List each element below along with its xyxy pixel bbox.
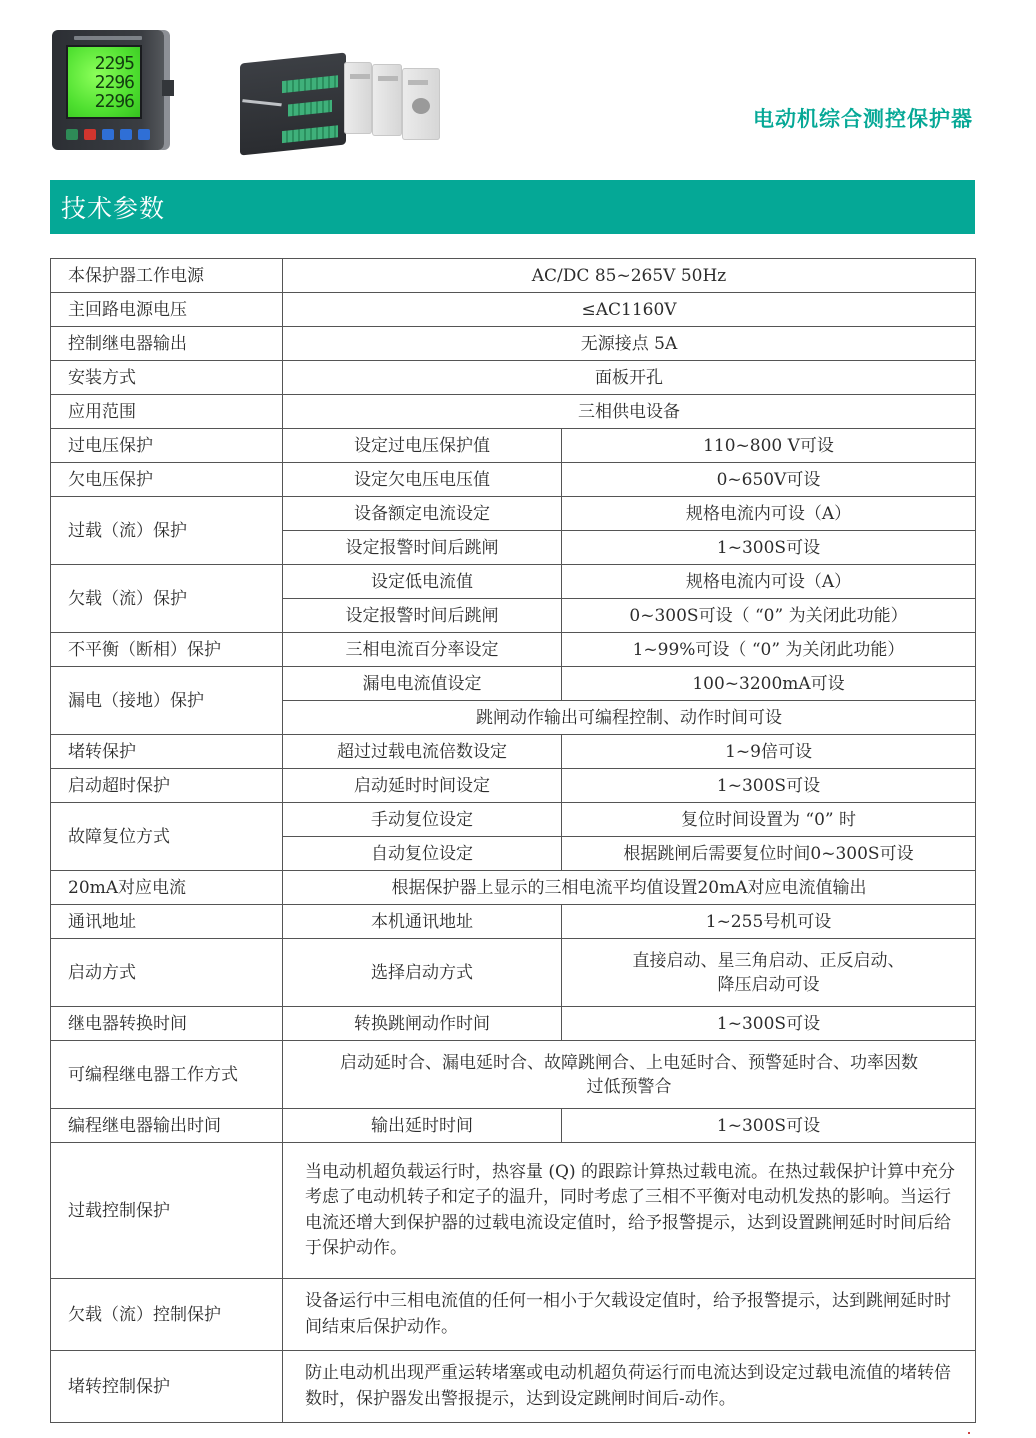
device-front-image: 2295 2296 2296 [52,30,164,150]
param-setting: 设定欠电压电压值 [283,463,562,497]
param-name: 堵转保护 [51,735,283,769]
mounting-rod [242,99,282,106]
terminal-block-3 [282,125,338,143]
product-title: 电动机综合测控保护器 [753,103,973,133]
table-row: 不平衡（断相）保护 三相电流百分率设定 1~99%可设（ “0” 为关闭此功能） [51,633,976,667]
param-setting: 输出延时时间 [283,1109,562,1143]
param-value: 1~9倍可设 [562,735,976,769]
param-value: 面板开孔 [283,361,976,395]
table-row: 启动超时保护 启动延时时间设定 1~300S可设 [51,769,976,803]
param-setting: 选择启动方式 [283,939,562,1007]
ct-hole [412,98,430,114]
table-row: 20mA对应电流 根据保护器上显示的三相电流平均值设置20mA对应电流值输出 [51,871,976,905]
spec-table: 本保护器工作电源 AC/DC 85~265V 50Hz 主回路电源电压 ≤AC1… [50,258,976,1423]
current-transformer-2 [372,64,402,136]
page-mark [968,1432,970,1434]
param-name: 应用范围 [51,395,283,429]
param-name: 主回路电源电压 [51,293,283,327]
table-row: 可编程继电器工作方式 启动延时合、漏电延时合、故障跳闸合、上电延时合、预警延时合… [51,1041,976,1109]
param-name: 故障复位方式 [51,803,283,871]
param-setting: 三相电流百分率设定 [283,633,562,667]
device-button-1 [66,129,78,140]
terminal-block-1 [282,75,338,93]
param-value: 1~300S可设 [562,1007,976,1041]
param-merged-value: 根据保护器上显示的三相电流平均值设置20mA对应电流值输出 [283,871,976,905]
param-name: 过载（流）保护 [51,497,283,565]
table-row: 堵转控制保护 防止电动机出现严重运转堵塞或电动机超负荷运行而电流达到设定过载电流… [51,1351,976,1423]
param-name: 不平衡（断相）保护 [51,633,283,667]
device-buttons [66,129,150,140]
param-value: 110~800 V可设 [562,429,976,463]
param-setting: 本机通讯地址 [283,905,562,939]
value-line: 启动延时合、漏电延时合、故障跳闸合、上电延时合、预警延时合、功率因数 [289,1051,969,1075]
table-row: 应用范围 三相供电设备 [51,395,976,429]
table-row: 过载（流）保护 设备额定电流设定 规格电流内可设（A） [51,497,976,531]
table-row: 通讯地址 本机通讯地址 1~255号机可设 [51,905,976,939]
param-name: 欠电压保护 [51,463,283,497]
section-header: 技术参数 [50,180,975,234]
lcd-display: 2295 2296 2296 [66,45,142,119]
param-name: 启动超时保护 [51,769,283,803]
param-value: 根据跳闸后需要复位时间0~300S可设 [562,837,976,871]
param-name: 启动方式 [51,939,283,1007]
param-value: 三相供电设备 [283,395,976,429]
table-row: 继电器转换时间 转换跳闸动作时间 1~300S可设 [51,1007,976,1041]
table-row: 故障复位方式 手动复位设定 复位时间设置为 “0” 时 [51,803,976,837]
param-name: 堵转控制保护 [51,1351,283,1423]
table-row: 欠电压保护 设定欠电压电压值 0~650V可设 [51,463,976,497]
ct-label [408,80,428,85]
param-value: 1~300S可设 [562,1109,976,1143]
section-title: 技术参数 [61,189,165,225]
param-setting: 漏电电流值设定 [283,667,562,701]
value-line: 过低预警合 [289,1075,969,1099]
table-row: 启动方式 选择启动方式 直接启动、星三角启动、正反启动、 降压启动可设 [51,939,976,1007]
device-button-5 [138,129,150,140]
param-setting: 转换跳闸动作时间 [283,1007,562,1041]
table-row: 安装方式 面板开孔 [51,361,976,395]
param-description: 防止电动机出现严重运转堵塞或电动机超负荷运行而电流达到设定过载电流值的堵转倍数时… [283,1351,976,1423]
param-setting: 自动复位设定 [283,837,562,871]
ct-label [378,76,398,81]
param-merged-value: 启动延时合、漏电延时合、故障跳闸合、上电延时合、预警延时合、功率因数 过低预警合 [283,1041,976,1109]
param-setting: 手动复位设定 [283,803,562,837]
param-value: 规格电流内可设（A） [562,497,976,531]
param-setting: 超过过载电流倍数设定 [283,735,562,769]
device-button-4 [120,129,132,140]
param-value: ≤AC1160V [283,293,976,327]
param-merged-value: 跳闸动作输出可编程控制、动作时间可设 [283,701,976,735]
param-value: 无源接点 5A [283,327,976,361]
table-row: 过电压保护 设定过电压保护值 110~800 V可设 [51,429,976,463]
param-name: 安装方式 [51,361,283,395]
param-value: 1~300S可设 [562,769,976,803]
table-row: 漏电（接地）保护 漏电电流值设定 100~3200mA可设 [51,667,976,701]
table-row: 本保护器工作电源 AC/DC 85~265V 50Hz [51,259,976,293]
terminal-block-2 [288,100,332,117]
param-name: 继电器转换时间 [51,1007,283,1041]
lcd-line-c: 2296 [95,92,134,111]
param-name: 通讯地址 [51,905,283,939]
param-setting: 设定报警时间后跳闸 [283,599,562,633]
table-row: 堵转保护 超过过载电流倍数设定 1~9倍可设 [51,735,976,769]
param-setting: 设定低电流值 [283,565,562,599]
param-description: 设备运行中三相电流值的任何一相小于欠载设定值时，给予报警提示，达到跳闸延时时间结… [283,1279,976,1351]
current-transformer-3 [402,68,440,140]
param-name: 控制继电器输出 [51,327,283,361]
current-transformer-1 [344,62,372,134]
device-button-2 [84,129,96,140]
table-row: 过载控制保护 当电动机超负载运行时，热容量 (Q) 的跟踪计算热过载电流。在热过… [51,1143,976,1279]
param-value: 1~300S可设 [562,531,976,565]
table-row: 欠载（流）保护 设定低电流值 规格电流内可设（A） [51,565,976,599]
param-value: 1~99%可设（ “0” 为关闭此功能） [562,633,976,667]
param-value: 0~650V可设 [562,463,976,497]
param-name: 过电压保护 [51,429,283,463]
lcd-line-b: 2296 [95,73,134,92]
table-row: 编程继电器输出时间 输出延时时间 1~300S可设 [51,1109,976,1143]
param-value: 直接启动、星三角启动、正反启动、 降压启动可设 [562,939,976,1007]
param-value: AC/DC 85~265V 50Hz [283,259,976,293]
device-label-strip [74,36,142,40]
device-button-3 [102,129,114,140]
param-setting: 设备额定电流设定 [283,497,562,531]
param-value: 0~300S可设（ “0” 为关闭此功能） [562,599,976,633]
device-back-image [240,52,346,155]
param-name: 漏电（接地）保护 [51,667,283,735]
param-name: 20mA对应电流 [51,871,283,905]
param-name: 编程继电器输出时间 [51,1109,283,1143]
param-setting: 设定报警时间后跳闸 [283,531,562,565]
param-name: 可编程继电器工作方式 [51,1041,283,1109]
param-value: 规格电流内可设（A） [562,565,976,599]
table-row: 欠载（流）控制保护 设备运行中三相电流值的任何一相小于欠载设定值时，给予报警提示… [51,1279,976,1351]
value-line: 降压启动可设 [568,973,969,997]
param-value: 100~3200mA可设 [562,667,976,701]
table-row: 控制继电器输出 无源接点 5A [51,327,976,361]
mounting-clip [162,80,174,96]
param-name: 欠载（流）控制保护 [51,1279,283,1351]
table-row: 主回路电源电压 ≤AC1160V [51,293,976,327]
param-setting: 设定过电压保护值 [283,429,562,463]
param-name: 本保护器工作电源 [51,259,283,293]
ct-label [350,74,370,79]
param-name: 欠载（流）保护 [51,565,283,633]
param-value: 1~255号机可设 [562,905,976,939]
param-description: 当电动机超负载运行时，热容量 (Q) 的跟踪计算热过载电流。在热过载保护计算中充… [283,1143,976,1279]
param-value: 复位时间设置为 “0” 时 [562,803,976,837]
lcd-line-a: 2295 [95,54,134,73]
param-setting: 启动延时时间设定 [283,769,562,803]
param-name: 过载控制保护 [51,1143,283,1279]
value-line: 直接启动、星三角启动、正反启动、 [568,949,969,973]
